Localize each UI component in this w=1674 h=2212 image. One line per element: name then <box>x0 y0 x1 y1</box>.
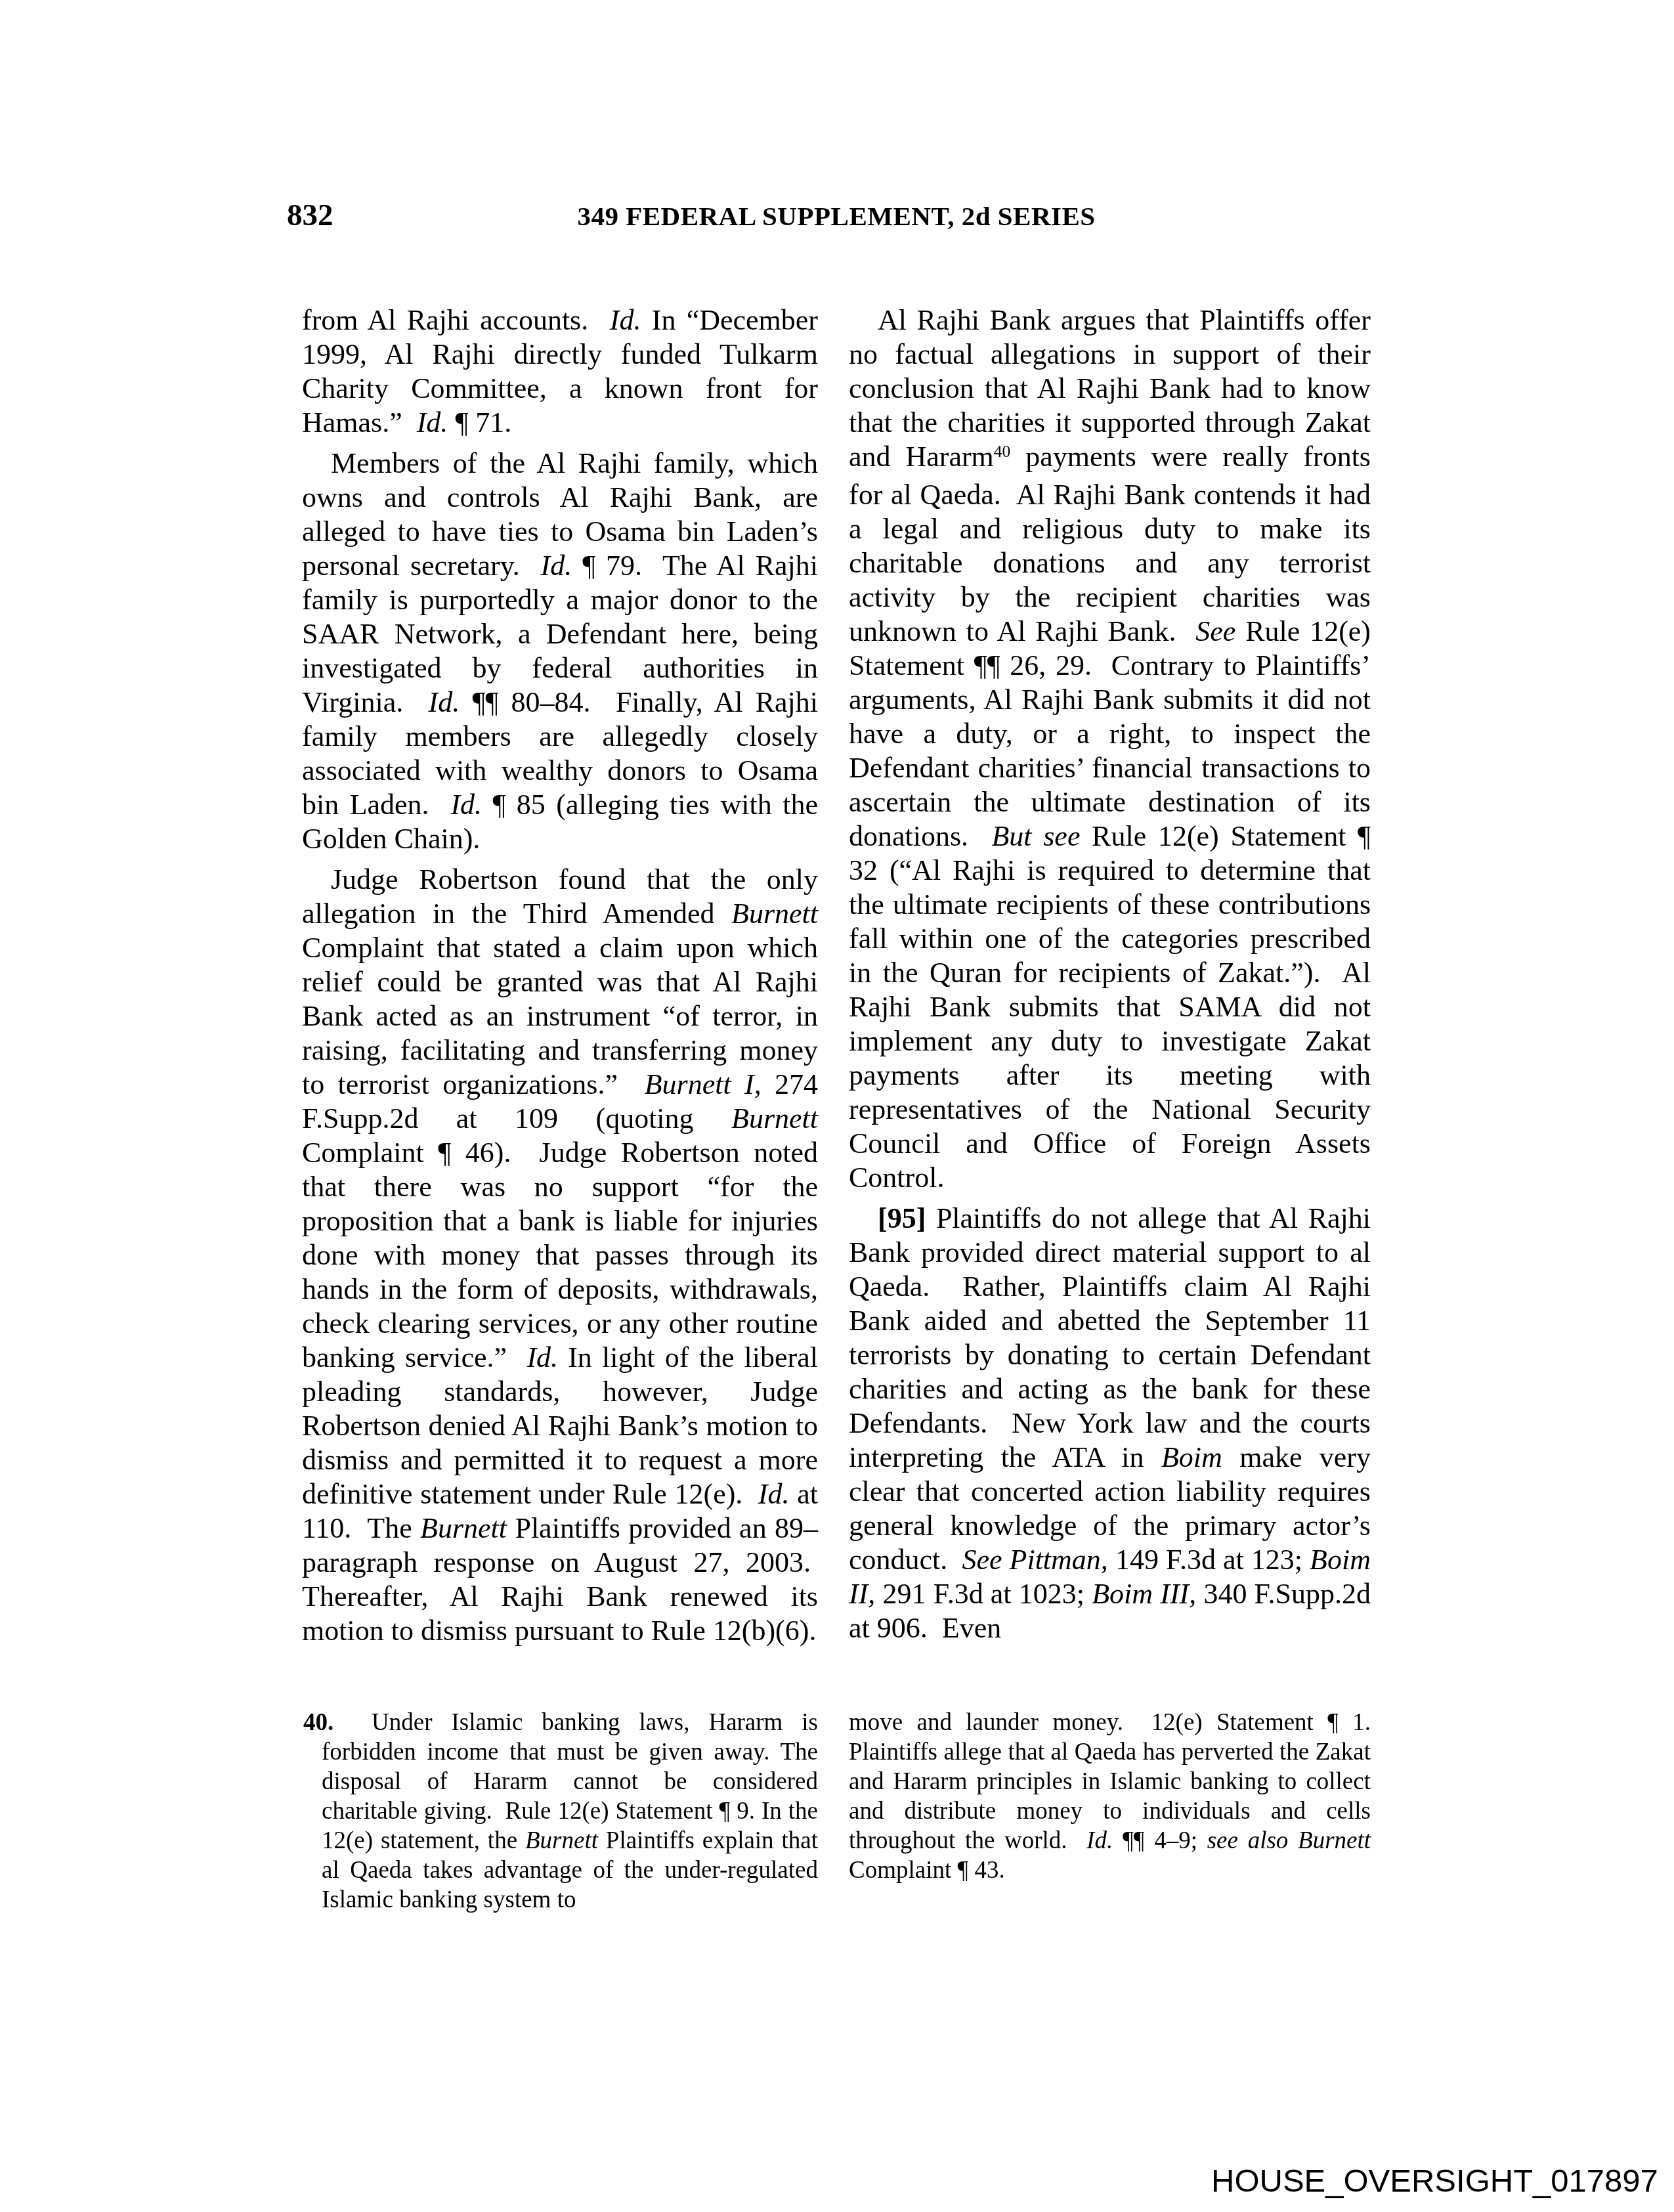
footnote-40-continuation: move and launder money. 12(e) Statement … <box>849 1708 1371 1885</box>
body-paragraph-continuation: from Al Rajhi accounts. Id. In “December… <box>302 303 818 440</box>
bates-stamp: HOUSE_OVERSIGHT_017897 <box>1211 2164 1658 2200</box>
body-paragraph: Al Rajhi Bank argues that Plaintiffs off… <box>849 303 1371 1195</box>
footnote-text: move and launder money. 12(e) Statement … <box>849 1708 1371 1885</box>
body-paragraph: Judge Robertson found that the only alle… <box>302 863 818 1648</box>
running-head: 349 FEDERAL SUPPLEMENT, 2d SERIES <box>302 203 1371 230</box>
footnote-40-left: 40. Under Islamic banking laws, Hararm i… <box>303 1708 818 1915</box>
footnote-text: 40. Under Islamic banking laws, Hararm i… <box>303 1708 818 1915</box>
document-page: 832 349 FEDERAL SUPPLEMENT, 2d SERIES fr… <box>0 0 1674 2212</box>
body-paragraph-headnote-95: [95] Plaintiffs do not allege that Al Ra… <box>849 1202 1371 1645</box>
right-column: Al Rajhi Bank argues that Plaintiffs off… <box>849 303 1371 1645</box>
left-column: from Al Rajhi accounts. Id. In “December… <box>302 303 818 1648</box>
body-paragraph: Members of the Al Rajhi family, which ow… <box>302 446 818 856</box>
